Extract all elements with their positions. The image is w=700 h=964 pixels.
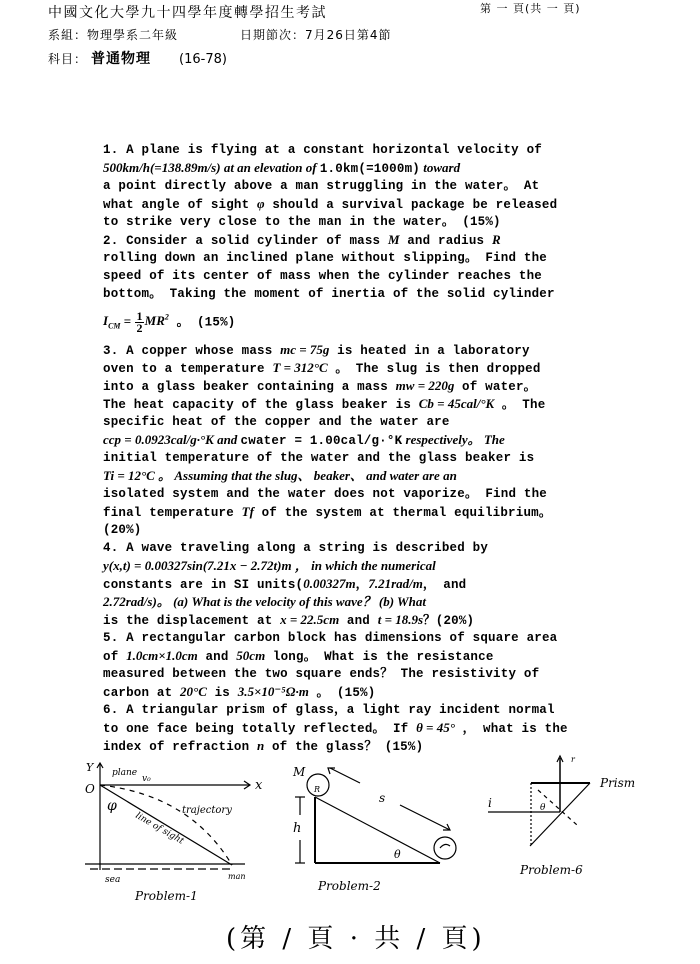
question-line: 4. A wave traveling along a string is de…	[103, 539, 608, 557]
question-text: 。 The	[494, 398, 545, 412]
question-text: to strike very close to the man in the w…	[103, 215, 501, 229]
question-text: 6. A triangular prism of glass，a light r…	[103, 703, 555, 717]
department-value: 物理學系二年級	[87, 28, 178, 42]
subject-line: 科目：普通物理(16-78)	[48, 48, 227, 68]
question-line: (20%)	[103, 521, 608, 539]
question-text: and radius	[400, 234, 492, 248]
problem-2-diagram: M R s h θ Problem-2	[285, 760, 485, 910]
math-expression: 1.0cm×1.0cm	[126, 648, 198, 663]
question-text: speed of its center of mass when the cyl…	[103, 269, 542, 283]
question-text: is heated in a laboratory	[329, 344, 529, 358]
question-line: to strike very close to the man in the w…	[103, 213, 608, 231]
question-text: ， what is the	[455, 722, 568, 736]
question-line: 2.72rad/s)。 (a) What is the velocity of …	[103, 593, 608, 611]
question-line: carbon at 20°C is 3.5×10⁻⁵Ω·m 。 (15%)	[103, 683, 608, 701]
p2-caption: Problem-2	[317, 879, 381, 893]
question-line: 5. A rectangular carbon block has dimens…	[103, 629, 608, 647]
p1-phi-label: φ	[107, 798, 117, 814]
date-value: 7月26日第4節	[305, 28, 392, 42]
math-expression: θ = 45°	[416, 720, 455, 735]
question-line: what angle of sight φ should a survival …	[103, 195, 608, 213]
question-line: 3. A copper whose mass mc = 75g is heate…	[103, 341, 608, 359]
p1-x-label: x	[255, 778, 263, 793]
department-line: 系組：物理學系二年級	[48, 26, 178, 43]
math-expression: Tf	[242, 504, 254, 519]
date-line: 日期節次：7月26日第4節	[240, 26, 392, 43]
department-label: 系組：	[48, 28, 87, 42]
question-text: carbon at	[103, 686, 180, 700]
math-expression: 2.72rad/s	[103, 594, 152, 609]
moment-of-inertia-formula: ICM = 12MR2 。 (15%)	[103, 303, 608, 341]
p1-plane-label: plane	[112, 768, 137, 778]
question-line: rolling down an inclined plane without s…	[103, 249, 608, 267]
math-expression: y(x,t) = 0.00327sin(7.21x − 2.72t)m	[103, 558, 292, 573]
p1-v0-label: v₀	[142, 774, 151, 784]
question-text: to one face being totally reflected。 If	[103, 722, 416, 736]
question-text: 。 (15%)	[309, 686, 376, 700]
question-line: constants are in SI units(0.00327m，7.21r…	[103, 575, 608, 593]
question-line: measured between the two square ends？ Th…	[103, 665, 608, 683]
question-text: a point directly above a man struggling …	[103, 179, 539, 193]
problem-6-diagram: r Prism i θ Problem-6	[480, 750, 660, 890]
math-expression: M	[388, 232, 400, 247]
math-expression: toward	[420, 160, 460, 175]
question-line: 500km/h(=138.89m/s) at an elevation of 1…	[103, 159, 608, 177]
question-line: to one face being totally reflected。 If …	[103, 719, 608, 737]
p1-origin-label: O	[85, 782, 95, 796]
question-text: 1.0km(=1000m)	[320, 162, 420, 176]
p6-ray-label: r	[571, 755, 576, 764]
question-text: index of refraction	[103, 740, 257, 754]
p1-line-of-sight-label: line of sight	[134, 811, 186, 847]
p1-y-label: Y	[86, 761, 95, 774]
question-text: what angle of sight	[103, 198, 257, 212]
question-text: 。 The slug is then dropped	[328, 362, 541, 376]
math-expression: at an elevation of	[221, 160, 320, 175]
question-text: oven to a temperature	[103, 362, 272, 376]
p1-trajectory-label: trajectory	[182, 805, 232, 816]
question-line: into a glass beaker containing a mass mw…	[103, 377, 608, 395]
figures-row: Y O plane v₀ x φ trajectory line of sigh…	[0, 755, 700, 915]
question-6: 6. A triangular prism of glass，a light r…	[103, 701, 608, 755]
math-expression: 500km/h(=138.89m/s)	[103, 160, 221, 175]
exam-title: 中國文化大學九十四學年度轉學招生考試	[48, 2, 327, 22]
subject-value: 普通物理	[91, 51, 151, 67]
question-text: (20%)	[103, 523, 142, 537]
p2-radius-label: R	[313, 785, 320, 794]
math-expression: and	[214, 432, 241, 447]
question-text: 3. A copper whose mass	[103, 344, 280, 358]
p2-angle-label: θ	[394, 848, 401, 861]
question-4: 4. A wave traveling along a string is de…	[103, 539, 608, 629]
p2-height-label: h	[293, 821, 301, 836]
question-line: initial temperature of the water and the…	[103, 449, 608, 467]
math-expression: x = 22.5cm	[280, 612, 339, 627]
question-text: and	[339, 614, 378, 628]
math-expression: respectively。 The	[402, 432, 505, 447]
math-expression: 3.5×10⁻⁵Ω·m	[238, 684, 309, 699]
math-expression: )。 (a) What is the velocity of this wave…	[152, 594, 425, 609]
question-line: of 1.0cm×1.0cm and 50cm long。 What is th…	[103, 647, 608, 665]
question-text: is the displacement at	[103, 614, 280, 628]
question-line: 1. A plane is flying at a constant horiz…	[103, 141, 608, 159]
question-text: should a survival package be released	[265, 198, 558, 212]
question-line: specific heat of the copper and the wate…	[103, 413, 608, 431]
question-line: speed of its center of mass when the cyl…	[103, 267, 608, 285]
question-line: bottom。 Taking the moment of inertia of …	[103, 285, 608, 303]
question-text: into a glass beaker containing a mass	[103, 380, 396, 394]
subject-code: (16-78)	[179, 52, 227, 67]
p6-incident-label: i	[488, 796, 492, 810]
page-indicator: 第 一 頁(共 一 頁)	[480, 0, 581, 16]
math-expression: 50cm	[236, 648, 265, 663]
question-text: 1. A plane is flying at a constant horiz…	[103, 143, 542, 157]
page-footer: (第 / 頁 · 共 / 頁)	[226, 918, 486, 955]
question-text: of the glass？ (15%)	[264, 740, 423, 754]
math-expression: 。 Assuming that the slug、 beaker、 and wa…	[155, 468, 457, 483]
question-5: 5. A rectangular carbon block has dimens…	[103, 629, 608, 701]
question-text: 2. Consider a solid cylinder of mass	[103, 234, 388, 248]
question-text: and	[198, 650, 237, 664]
math-expression: ， in which the numerical	[292, 558, 436, 573]
math-expression: mc = 75g	[280, 342, 329, 357]
questions-body: 1. A plane is flying at a constant horiz…	[103, 141, 608, 755]
p2-distance-label: s	[379, 791, 385, 805]
question-text: rolling down an inclined plane without s…	[103, 251, 547, 265]
question-text: 4. A wave traveling along a string is de…	[103, 541, 488, 555]
math-expression: Cb = 45cal/°K	[419, 396, 494, 411]
question-line: The heat capacity of the glass beaker is…	[103, 395, 608, 413]
question-text: ，	[356, 578, 369, 592]
question-line: is the displacement at x = 22.5cm and t …	[103, 611, 608, 629]
problem-1-diagram: Y O plane v₀ x φ trajectory line of sigh…	[80, 755, 280, 905]
date-label: 日期節次：	[240, 28, 305, 42]
math-expression: T = 312°C	[272, 360, 327, 375]
question-3: 3. A copper whose mass mc = 75g is heate…	[103, 341, 608, 539]
question-text: specific heat of the copper and the wate…	[103, 415, 450, 429]
question-text: constants are in SI units(	[103, 578, 303, 592]
math-expression: 7.21rad/m	[368, 576, 423, 591]
p2-mass-label: M	[292, 765, 306, 779]
question-text: The heat capacity of the glass beaker is	[103, 398, 419, 412]
math-expression: Ti = 12°C	[103, 468, 155, 483]
question-text: 5. A rectangular carbon block has dimens…	[103, 631, 557, 645]
math-expression: 20°C	[180, 684, 207, 699]
math-expression: t = 18.9s	[378, 612, 423, 627]
math-expression: mw = 220g	[396, 378, 455, 393]
question-line: isolated system and the water does not v…	[103, 485, 608, 503]
question-line: 6. A triangular prism of glass，a light r…	[103, 701, 608, 719]
p6-caption: Problem-6	[519, 863, 583, 877]
question-text: initial temperature of the water and the…	[103, 451, 534, 465]
p1-caption: Problem-1	[134, 889, 198, 903]
question-text: final temperature	[103, 506, 242, 520]
p1-sea-label: sea	[105, 875, 120, 885]
question-text: of water。	[454, 380, 536, 394]
question-text: isolated system and the water does not v…	[103, 487, 547, 501]
question-text: is	[207, 686, 238, 700]
question-line: a point directly above a man struggling …	[103, 177, 608, 195]
question-text: ？(20%)	[423, 614, 474, 628]
question-text: measured between the two square ends？ Th…	[103, 667, 539, 681]
question-line: oven to a temperature T = 312°C 。 The sl…	[103, 359, 608, 377]
question-text: of the system at thermal equilibrium。	[254, 506, 552, 520]
question-line: ccp = 0.0923cal/g·°K and cwater = 1.00ca…	[103, 431, 608, 449]
question-text: bottom。 Taking the moment of inertia of …	[103, 287, 555, 301]
question-text: of	[103, 650, 126, 664]
question-line: Ti = 12°C 。 Assuming that the slug、 beak…	[103, 467, 608, 485]
question-line: 2. Consider a solid cylinder of mass M a…	[103, 231, 608, 249]
math-expression: ccp = 0.0923cal/g·°K	[103, 432, 214, 447]
p1-man-label: man	[228, 872, 246, 881]
question-text: ， and	[423, 578, 467, 592]
math-expression: 0.00327m	[303, 576, 355, 591]
question-line: y(x,t) = 0.00327sin(7.21x − 2.72t)m ， in…	[103, 557, 608, 575]
question-text: long。 What is the resistance	[265, 650, 493, 664]
p6-prism-label: Prism	[599, 776, 635, 790]
question-2: 2. Consider a solid cylinder of mass M a…	[103, 231, 608, 341]
question-text: cwater = 1.00cal/g·°K	[241, 434, 403, 448]
question-line: final temperature Tf of the system at th…	[103, 503, 608, 521]
p6-angle-label: θ	[540, 803, 546, 813]
math-expression: R	[492, 232, 501, 247]
subject-label: 科目：	[48, 52, 87, 66]
math-expression: φ	[257, 196, 265, 211]
question-1: 1. A plane is flying at a constant horiz…	[103, 141, 608, 231]
